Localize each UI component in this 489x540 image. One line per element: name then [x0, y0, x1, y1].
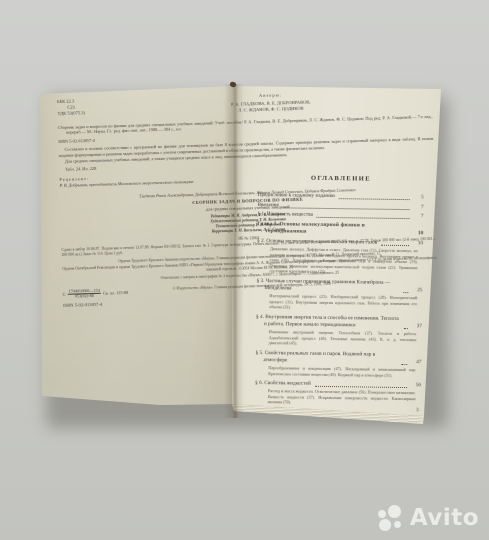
toc-entry: § 1. Плотность вещества 7: [257, 211, 423, 220]
toc-entry: § 2. Основы молекулярно-кинетической тео…: [257, 238, 423, 276]
toc-entry-label: § 5. Свойства реальных газов и паров. Во…: [255, 350, 397, 366]
dot-leader: [403, 233, 409, 237]
toc-entry-page: 7: [412, 213, 423, 220]
toc-entry-label: Введение: [258, 202, 279, 209]
toc-entry: Введение 7: [258, 202, 424, 211]
page-number: 3: [416, 407, 419, 414]
toc-entry-page: 10: [412, 231, 423, 238]
toc-entry: § 4. Внутренняя энергия тела и способы е…: [256, 314, 422, 348]
toc-entry-page: 25: [411, 287, 422, 294]
toc-entry-subtopics: Движение молекул. Диффузия и осмос. Давл…: [270, 246, 418, 276]
classification-codes: ББК 22.3 С23 УДК 53(075.3): [57, 97, 110, 118]
toc-entry-page: 37: [411, 323, 422, 330]
avito-logo-icon: [378, 505, 405, 531]
toc-entry-subtopics: Парообразование и конденсация (47). Насы…: [268, 365, 416, 378]
toc-entry-label: § 1. Плотность вещества: [257, 211, 313, 219]
toc-entry-label: Предисловие к седьмому изданию: [258, 192, 335, 200]
toc-entry-subtopics: Изотермический процесс (25). Изобарическ…: [269, 293, 417, 312]
open-book: ББК 22.3 С23 УДК 53(075.3) Авторы: Р. А.…: [40, 84, 444, 430]
toc-heading: ОГЛАВЛЕНИЕ: [258, 174, 424, 185]
toc-entry-label: § 3. Частные случаи применения уравнения…: [256, 278, 399, 294]
toc-entry-label: § 6. Свойства жидкостей: [255, 380, 311, 388]
dot-leader: [283, 203, 410, 209]
toc-entry: Предисловие к седьмому изданию 5: [258, 192, 424, 201]
udk-code: УДК 53(075.3): [57, 109, 109, 116]
dot-leader: [403, 289, 408, 294]
toc-entry: § 3. Частные случаи применения уравнения…: [256, 278, 422, 312]
toc-entry-subtopics: Изменение внутренней энергии. Теплообмен…: [269, 329, 417, 348]
catalog-prefix: С: [63, 292, 66, 298]
toc-entry-page: 5: [413, 194, 424, 201]
catalog-fraction: 1704010000—154 053(02)-88: [67, 288, 101, 299]
dot-leader: [339, 194, 410, 200]
dot-leader: [315, 382, 407, 388]
avito-watermark: Avito: [378, 505, 479, 531]
dot-leader: [401, 360, 407, 365]
catalog-index: С 1704010000—154 053(02)-88 Св. пл. 115-…: [63, 287, 149, 300]
book-photo-scene: ББК 22.3 С23 УДК 53(075.3) Авторы: Р. А.…: [0, 0, 489, 540]
toc-list: Предисловие к седьмому изданию 5 Введени…: [255, 192, 424, 407]
toc-entry: § 5. Свойства реальных газов и паров. Во…: [255, 350, 421, 379]
toc-entry-page: 7: [413, 204, 424, 211]
toc-entry-page: 10: [412, 240, 423, 247]
toc-page-content: ОГЛАВЛЕНИЕ Предисловие к седьмому издани…: [255, 174, 424, 416]
toc-entry-subtopics: Расход и масса жидкости. Осмотическое да…: [268, 388, 416, 407]
toc-entry: § 6. Свойства жидкостей 56 Расход и масс…: [255, 380, 421, 407]
avito-watermark-label: Avito: [410, 507, 479, 530]
toc-entry: Глава I. Основы молекулярной физики и те…: [257, 221, 423, 238]
toc-entry-label: Глава I. Основы молекулярной физики и те…: [257, 221, 400, 237]
catalog-suffix: Св. пл. 115-88: [103, 290, 128, 296]
toc-entry-label: § 4. Внутренняя энергия тела и способы е…: [256, 314, 400, 330]
dot-leader: [381, 241, 409, 246]
toc-entry-page: 47: [410, 359, 421, 366]
dot-leader: [404, 325, 408, 330]
dot-leader: [317, 213, 410, 219]
toc-entry-page: 56: [410, 382, 421, 389]
